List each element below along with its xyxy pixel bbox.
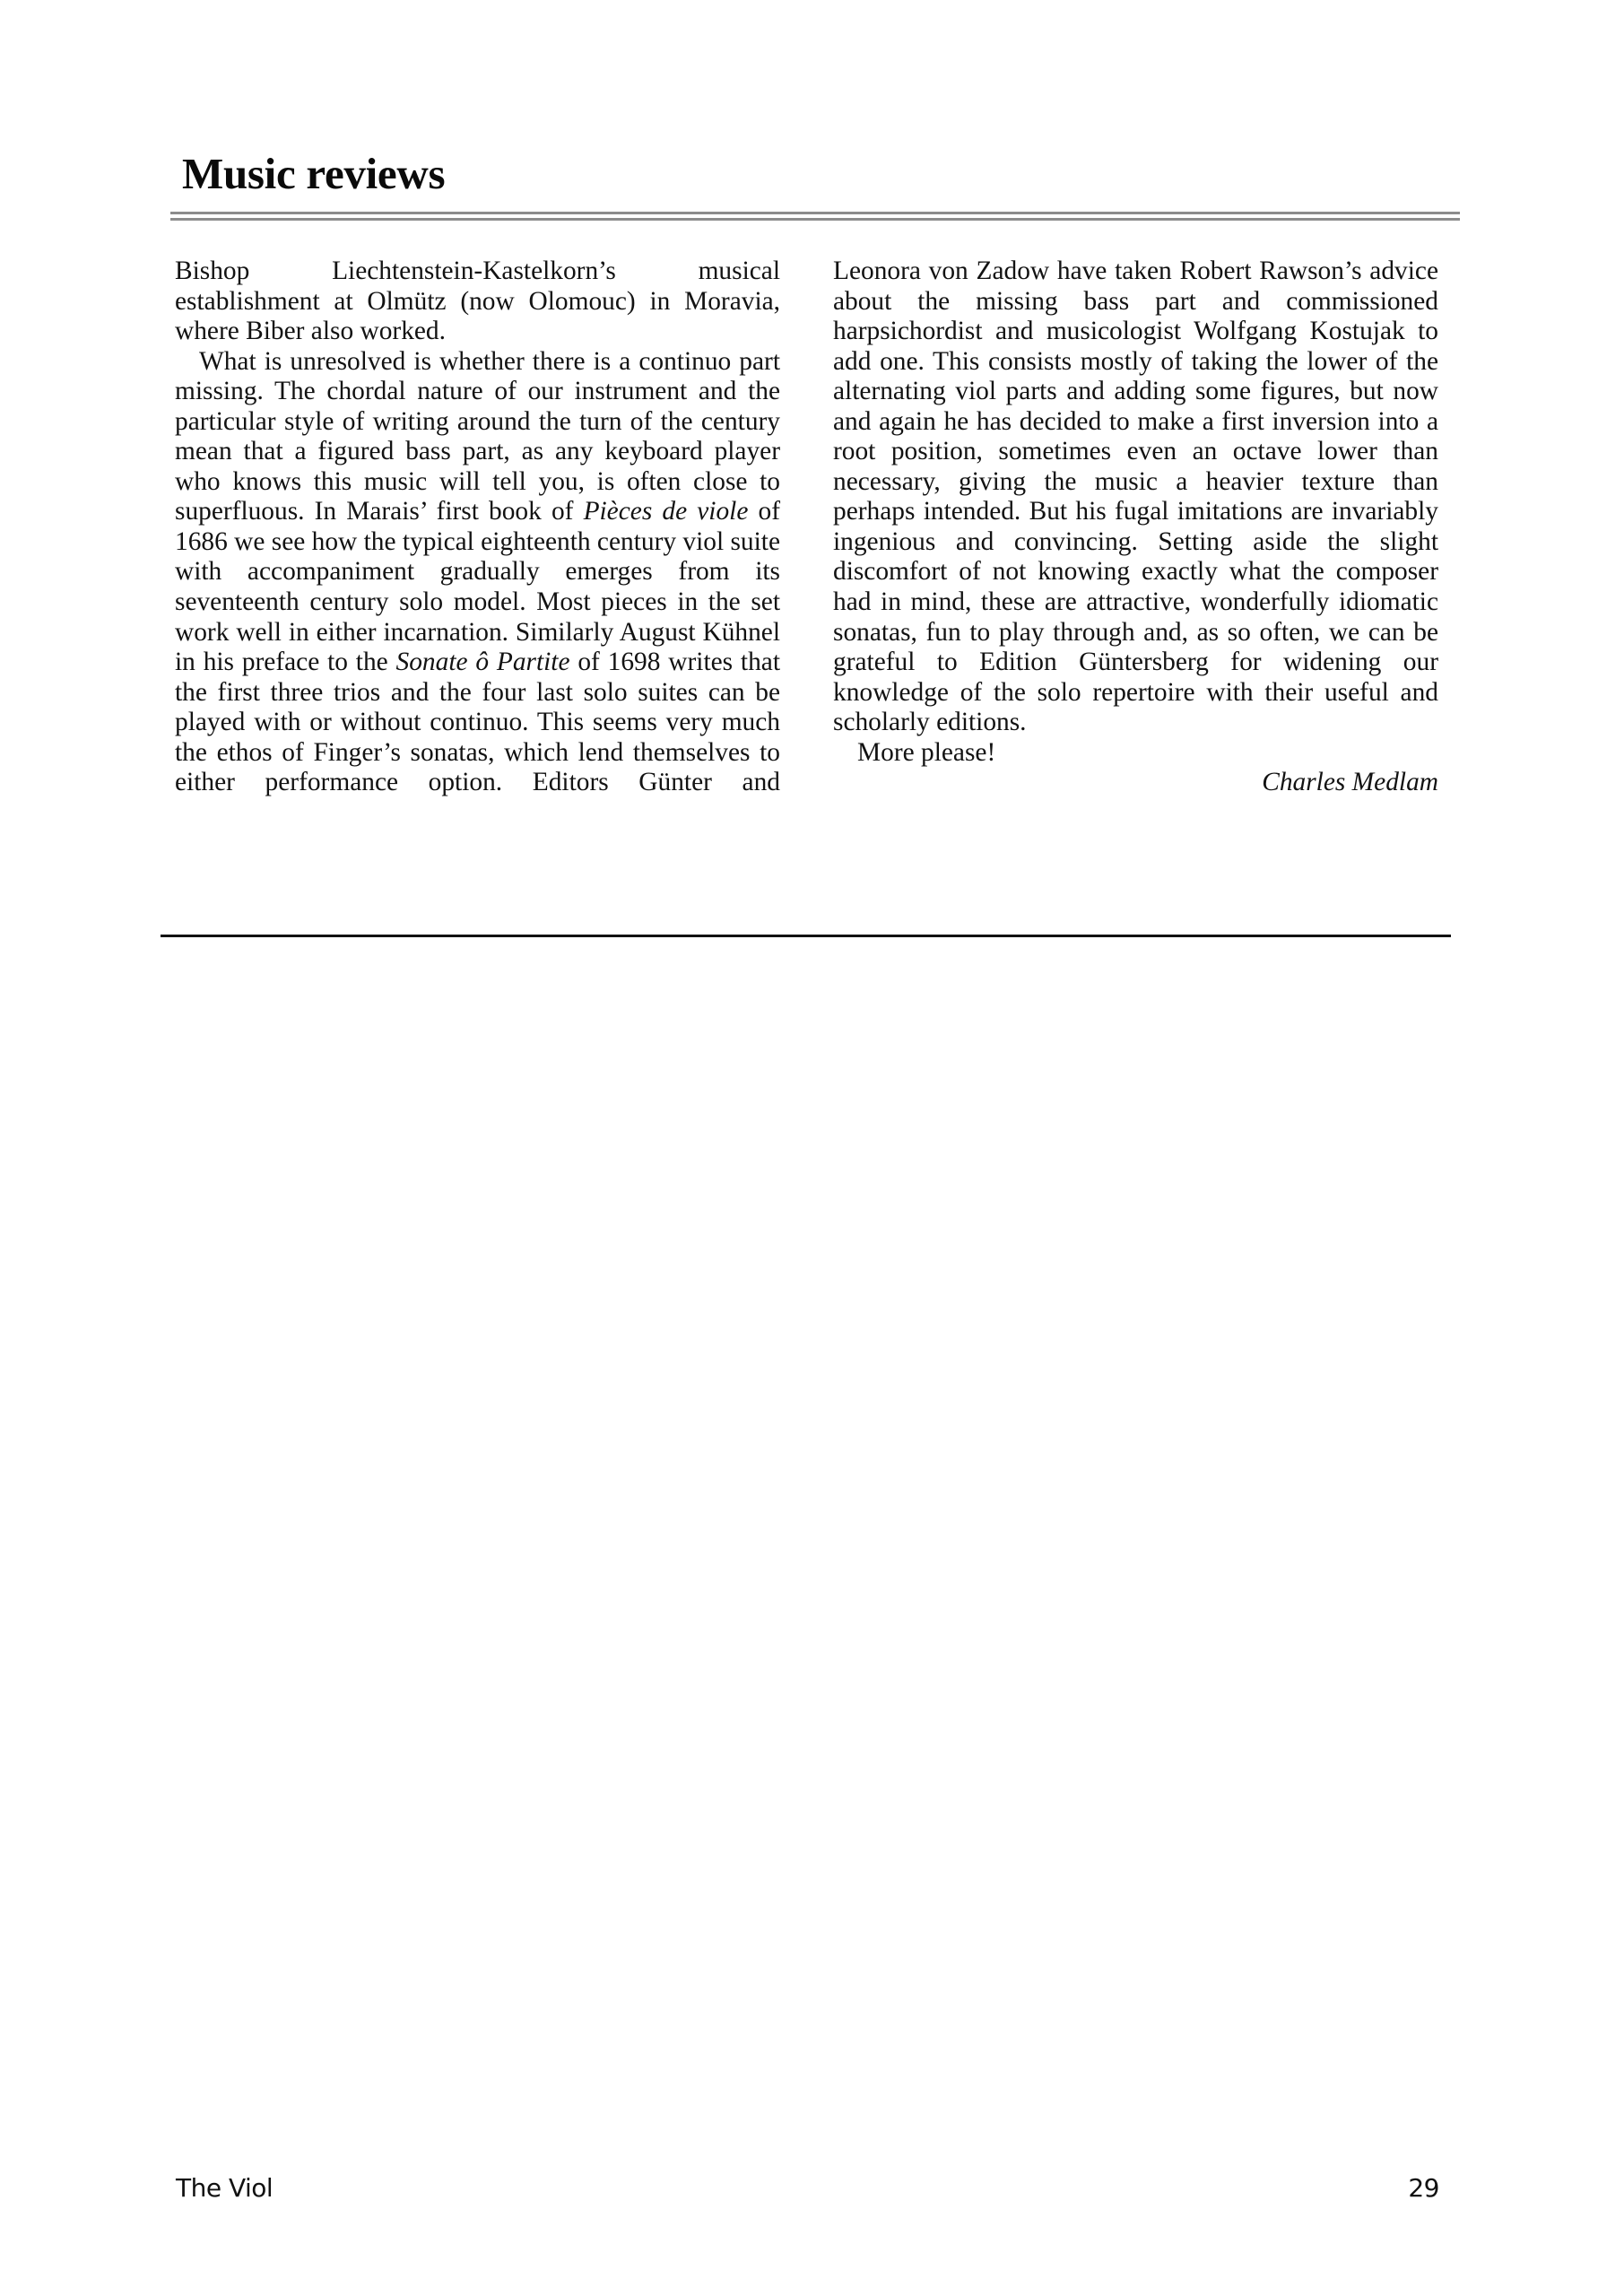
work-title-sonate-o-partite: Sonate ô Partite: [396, 648, 570, 676]
title-double-rule-top: [170, 212, 1460, 214]
article-end-rule: [161, 935, 1451, 937]
article-right-column: Leonora von Zadow have taken Robert Raws…: [833, 257, 1438, 798]
paragraph-closing: More please!: [833, 738, 1438, 769]
reviewer-signature: Charles Medlam: [833, 768, 1438, 798]
work-title-pieces-de-viole: Pièces de viole: [584, 497, 749, 526]
paragraph-continued: Bishop Liechtenstein-Kastelkorn’s musica…: [175, 257, 780, 347]
article-left-column: Bishop Liechtenstein-Kastelkorn’s musica…: [175, 257, 780, 798]
footer-page-number: 29: [1408, 2173, 1439, 2204]
page-title: Music reviews: [182, 149, 445, 199]
title-double-rule-bottom: [170, 218, 1460, 221]
paragraph-continuo-discussion: What is unresolved is whether there is a…: [175, 347, 780, 798]
footer-publication-name: The Viol: [176, 2173, 273, 2204]
paragraph-editors-and-verdict: Leonora von Zadow have taken Robert Raws…: [833, 257, 1438, 738]
